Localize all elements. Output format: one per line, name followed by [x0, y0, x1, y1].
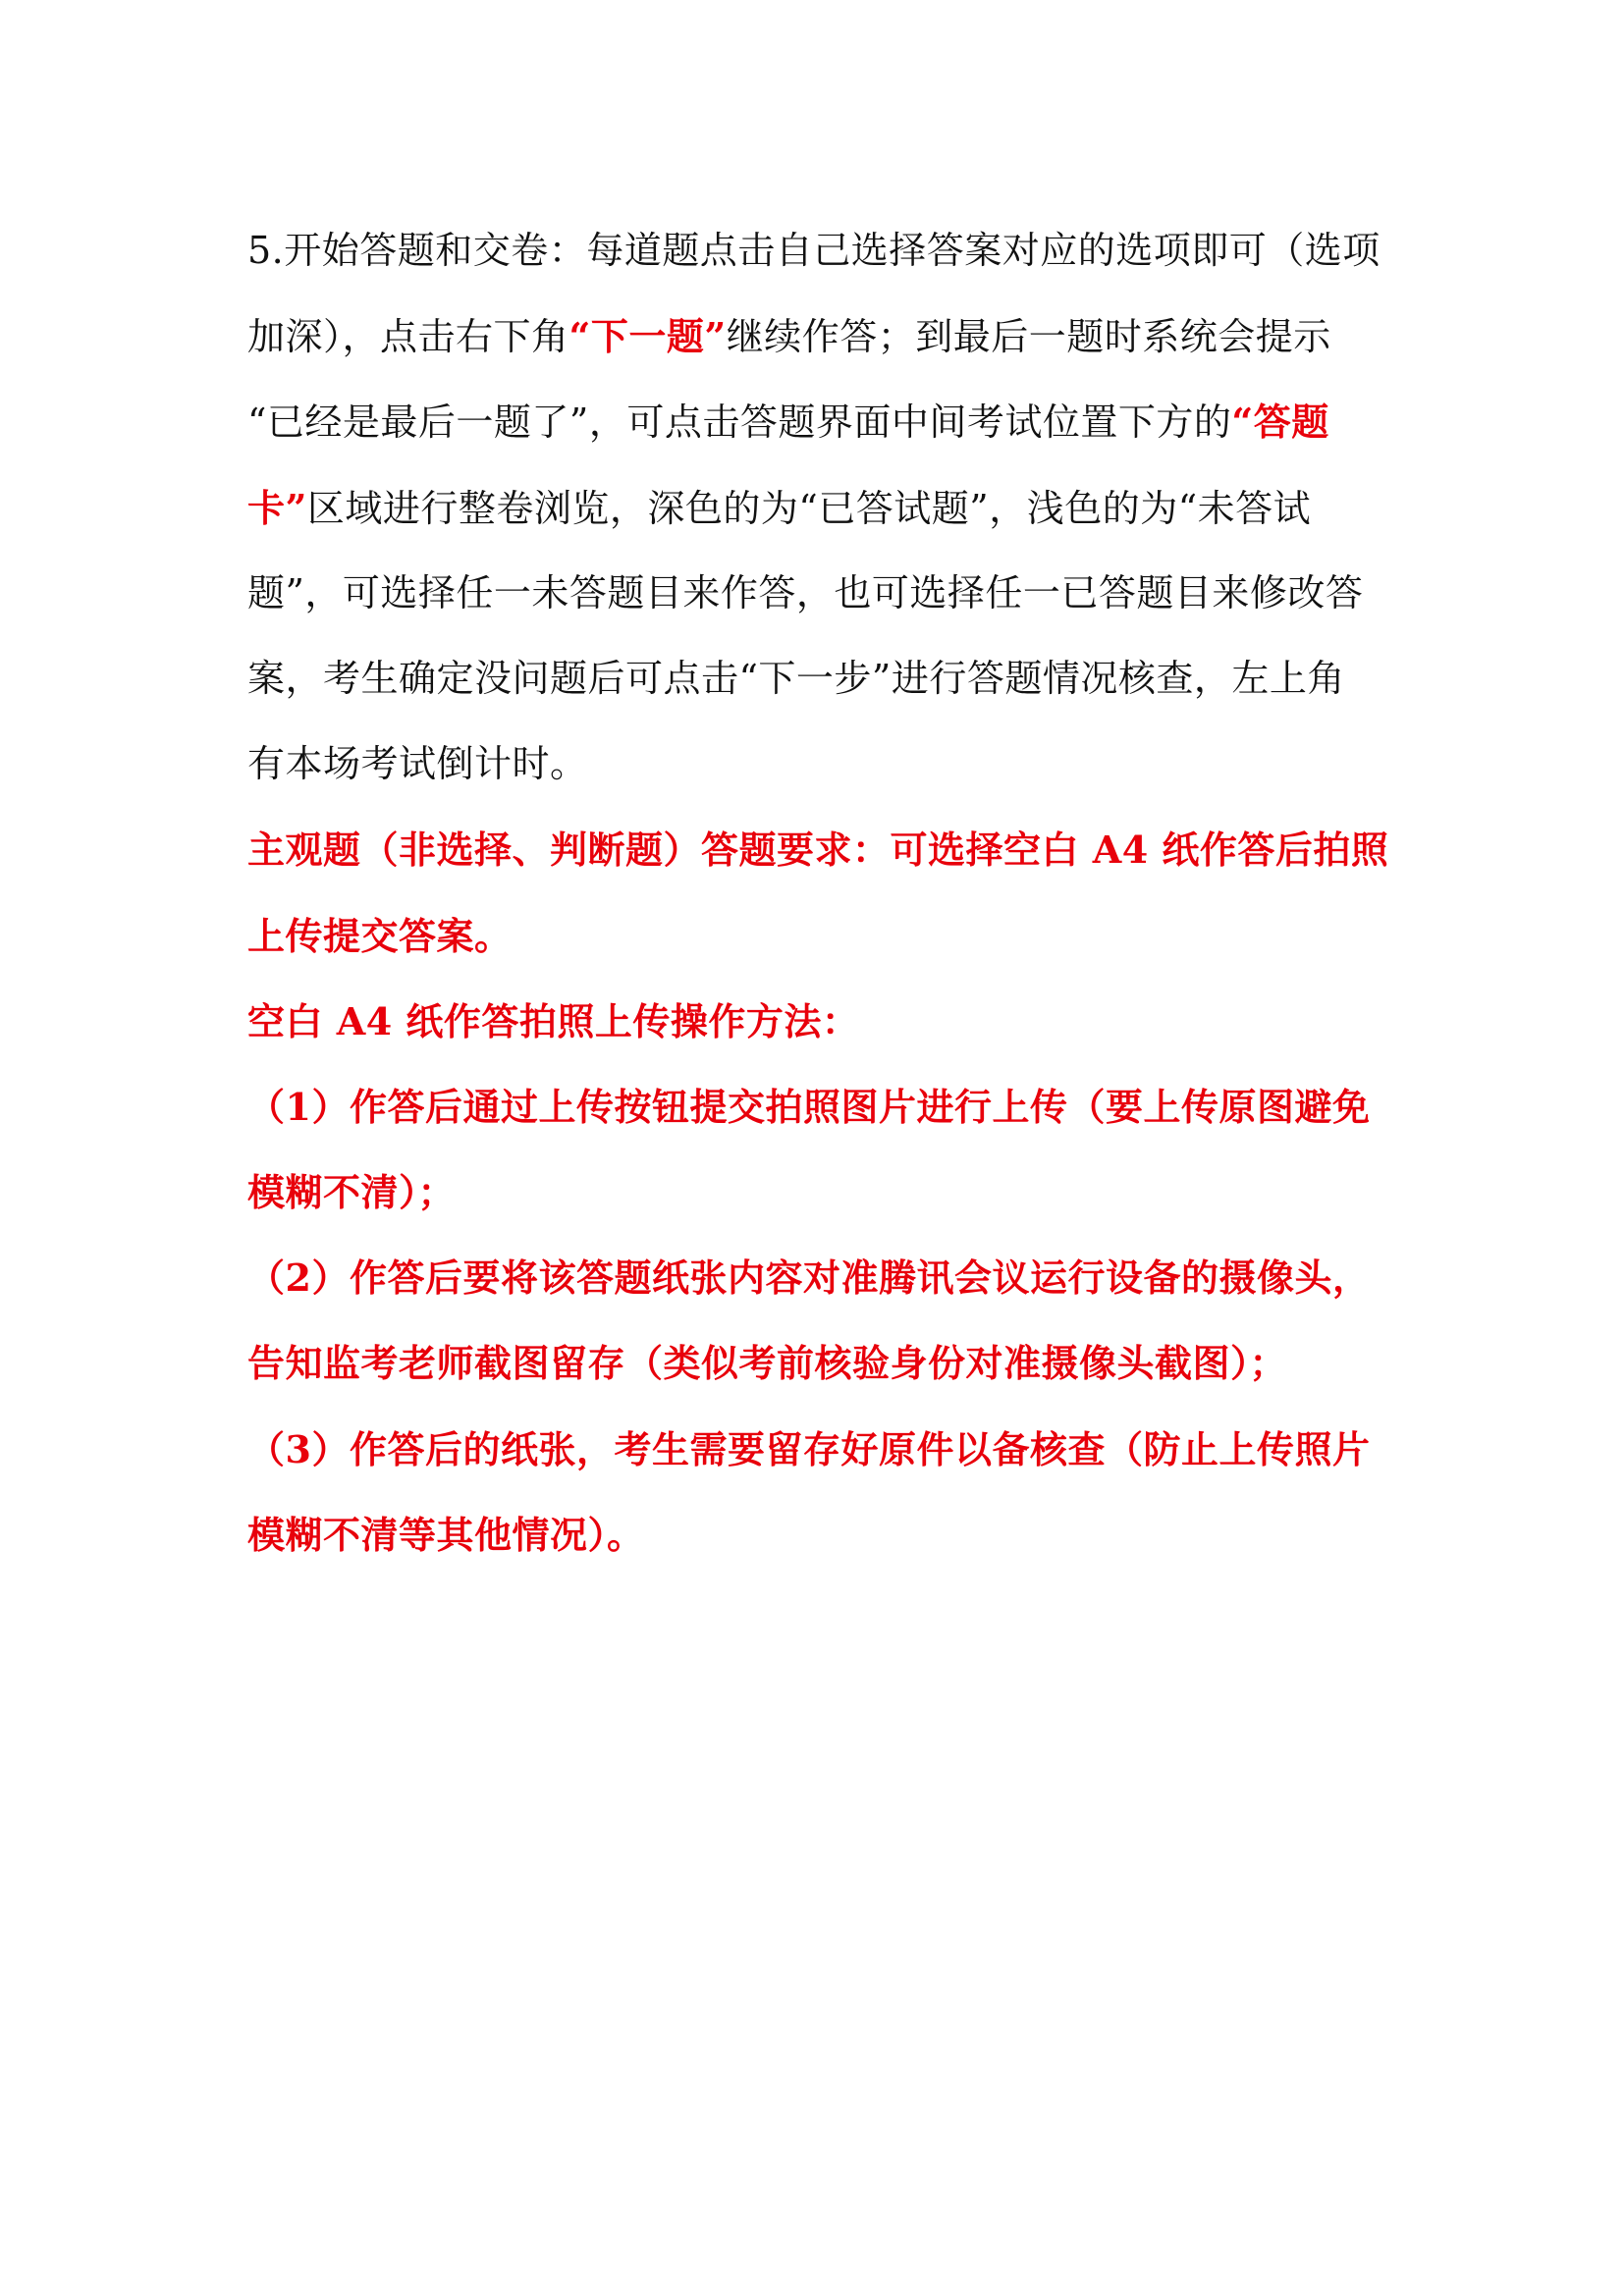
paragraph-line: 有本场考试倒计时。	[247, 721, 1394, 807]
text-run: 继续作答；到最后一题时系统会提示	[727, 315, 1331, 358]
method-heading: 空白 A4 纸作答拍照上传操作方法：	[247, 979, 1394, 1064]
highlight-answer-card: “答题	[1231, 400, 1328, 444]
paragraph-line: 5.开始答题和交卷：每道题点击自己选择答案对应的选项即可（选项	[247, 208, 1394, 294]
method-step-2-cont: 告知监考老师截图留存（类似考前核验身份对准摄像头截图）；	[247, 1320, 1394, 1406]
text-run: 5.开始答题和交卷：每道题点击自己选择答案对应的选项即可（选项	[247, 229, 1380, 272]
text-run: 加深），点击右下角	[247, 315, 569, 358]
text-run: 案，考生确定没问题后可点击“下一步”进行答题情况核查，左上角	[247, 657, 1345, 700]
text-run: 区域进行整卷浏览，深色的为“已答试题”，浅色的为“未答试	[307, 487, 1311, 530]
document-page: 5.开始答题和交卷：每道题点击自己选择答案对应的选项即可（选项 加深），点击右下…	[247, 208, 1394, 1577]
paragraph-line: 加深），点击右下角“下一题”继续作答；到最后一题时系统会提示	[247, 294, 1394, 379]
method-step-1: （1）作答后通过上传按钮提交拍照图片进行上传（要上传原图避免	[247, 1064, 1394, 1149]
requirement-heading-line: 主观题（非选择、判断题）答题要求：可选择空白 A4 纸作答后拍照	[247, 807, 1394, 892]
subjective-question-requirements: 主观题（非选择、判断题）答题要求：可选择空白 A4 纸作答后拍照 上传提交答案。…	[247, 807, 1394, 1577]
text-run: “已经是最后一题了”，可点击答题界面中间考试位置下方的	[247, 400, 1231, 444]
requirement-heading-line: 上传提交答案。	[247, 893, 1394, 979]
paragraph-line: 题”，可选择任一未答题目来作答，也可选择任一已答题目来修改答	[247, 551, 1394, 636]
method-step-2: （2）作答后要将该答题纸张内容对准腾讯会议运行设备的摄像头，	[247, 1235, 1394, 1320]
paragraph-line: “已经是最后一题了”，可点击答题界面中间考试位置下方的“答题	[247, 379, 1394, 464]
paragraph-line: 卡”区域进行整卷浏览，深色的为“已答试题”，浅色的为“未答试	[247, 465, 1394, 551]
section-5-answering-and-submitting: 5.开始答题和交卷：每道题点击自己选择答案对应的选项即可（选项 加深），点击右下…	[247, 208, 1394, 807]
method-step-3-cont: 模糊不清等其他情况）。	[247, 1492, 1394, 1577]
highlight-answer-card-end: 卡”	[247, 486, 307, 530]
text-run: 题”，可选择任一未答题目来作答，也可选择任一已答题目来修改答	[247, 571, 1363, 614]
paragraph-line: 案，考生确定没问题后可点击“下一步”进行答题情况核查，左上角	[247, 636, 1394, 721]
method-step-1-cont: 模糊不清）；	[247, 1149, 1394, 1235]
highlight-next-question: “下一题”	[569, 314, 727, 358]
method-step-3: （3）作答后的纸张，考生需要留存好原件以备核查（防止上传照片	[247, 1407, 1394, 1492]
text-run: 有本场考试倒计时。	[247, 742, 588, 785]
